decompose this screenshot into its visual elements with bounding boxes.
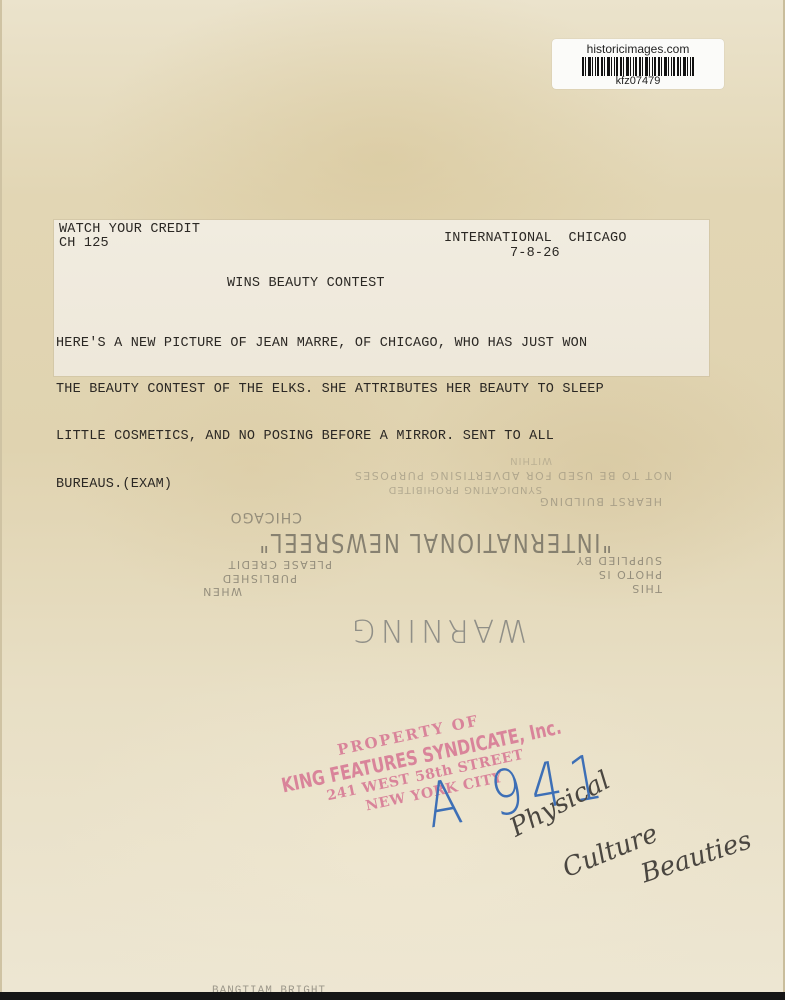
- stamp-please-credit: PLEASE CREDIT: [227, 558, 332, 571]
- stamp-when: WHEN: [202, 585, 242, 598]
- sticker-code: kfz07479: [552, 75, 724, 87]
- scan-bottom-border: [0, 992, 785, 1000]
- stamp-warning: WARNING: [348, 612, 527, 648]
- stamp-published: PUBLISHED: [221, 572, 297, 585]
- stamp-chicago: CHICAGO: [230, 509, 302, 525]
- date-line: 7-8-26: [510, 247, 560, 261]
- caption-body-line: HERE'S A NEW PICTURE OF JEAN MARRE, OF C…: [56, 336, 604, 352]
- stamp-newsreel: "INTERNATIONAL NEWSREEL": [258, 527, 612, 557]
- stamp-photo-is: PHOTO IS: [597, 568, 662, 581]
- stamp-this: THIS: [631, 582, 662, 595]
- photo-back-paper: historicimages.com kfz07479 WATCH YOUR C…: [0, 0, 785, 992]
- stamp-syndicating: SYNDICATING PROHIBITED: [388, 484, 542, 495]
- credit-line-1: WATCH YOUR CREDIT: [59, 223, 200, 237]
- credit-block: WATCH YOUR CREDITCH 125: [59, 223, 200, 251]
- international-newsreel-stamp: WARNING WHEN PUBLISHED PLEASE CREDIT THI…: [192, 420, 672, 650]
- caption-headline: WINS BEAUTY CONTEST: [227, 277, 385, 291]
- barcode-icon: [582, 57, 696, 76]
- sticker-site-text: historicimages.com: [552, 42, 724, 56]
- caption-body-line: THE BEAUTY CONTEST OF THE ELKS. SHE ATTR…: [56, 382, 604, 398]
- barcode-sticker: historicimages.com kfz07479: [552, 39, 724, 89]
- caption-slip: WATCH YOUR CREDITCH 125 INTERNATIONAL CH…: [54, 220, 709, 376]
- stamp-within: WITHIN: [509, 455, 552, 466]
- agency-line: INTERNATIONAL CHICAGO: [444, 232, 627, 246]
- stamp-hearst: HEARST BUILDING: [538, 495, 662, 508]
- credit-line-2: CH 125: [59, 237, 200, 251]
- stamp-not-to-be-used: NOT TO BE USED FOR ADVERTISING PURPOSES: [353, 469, 672, 482]
